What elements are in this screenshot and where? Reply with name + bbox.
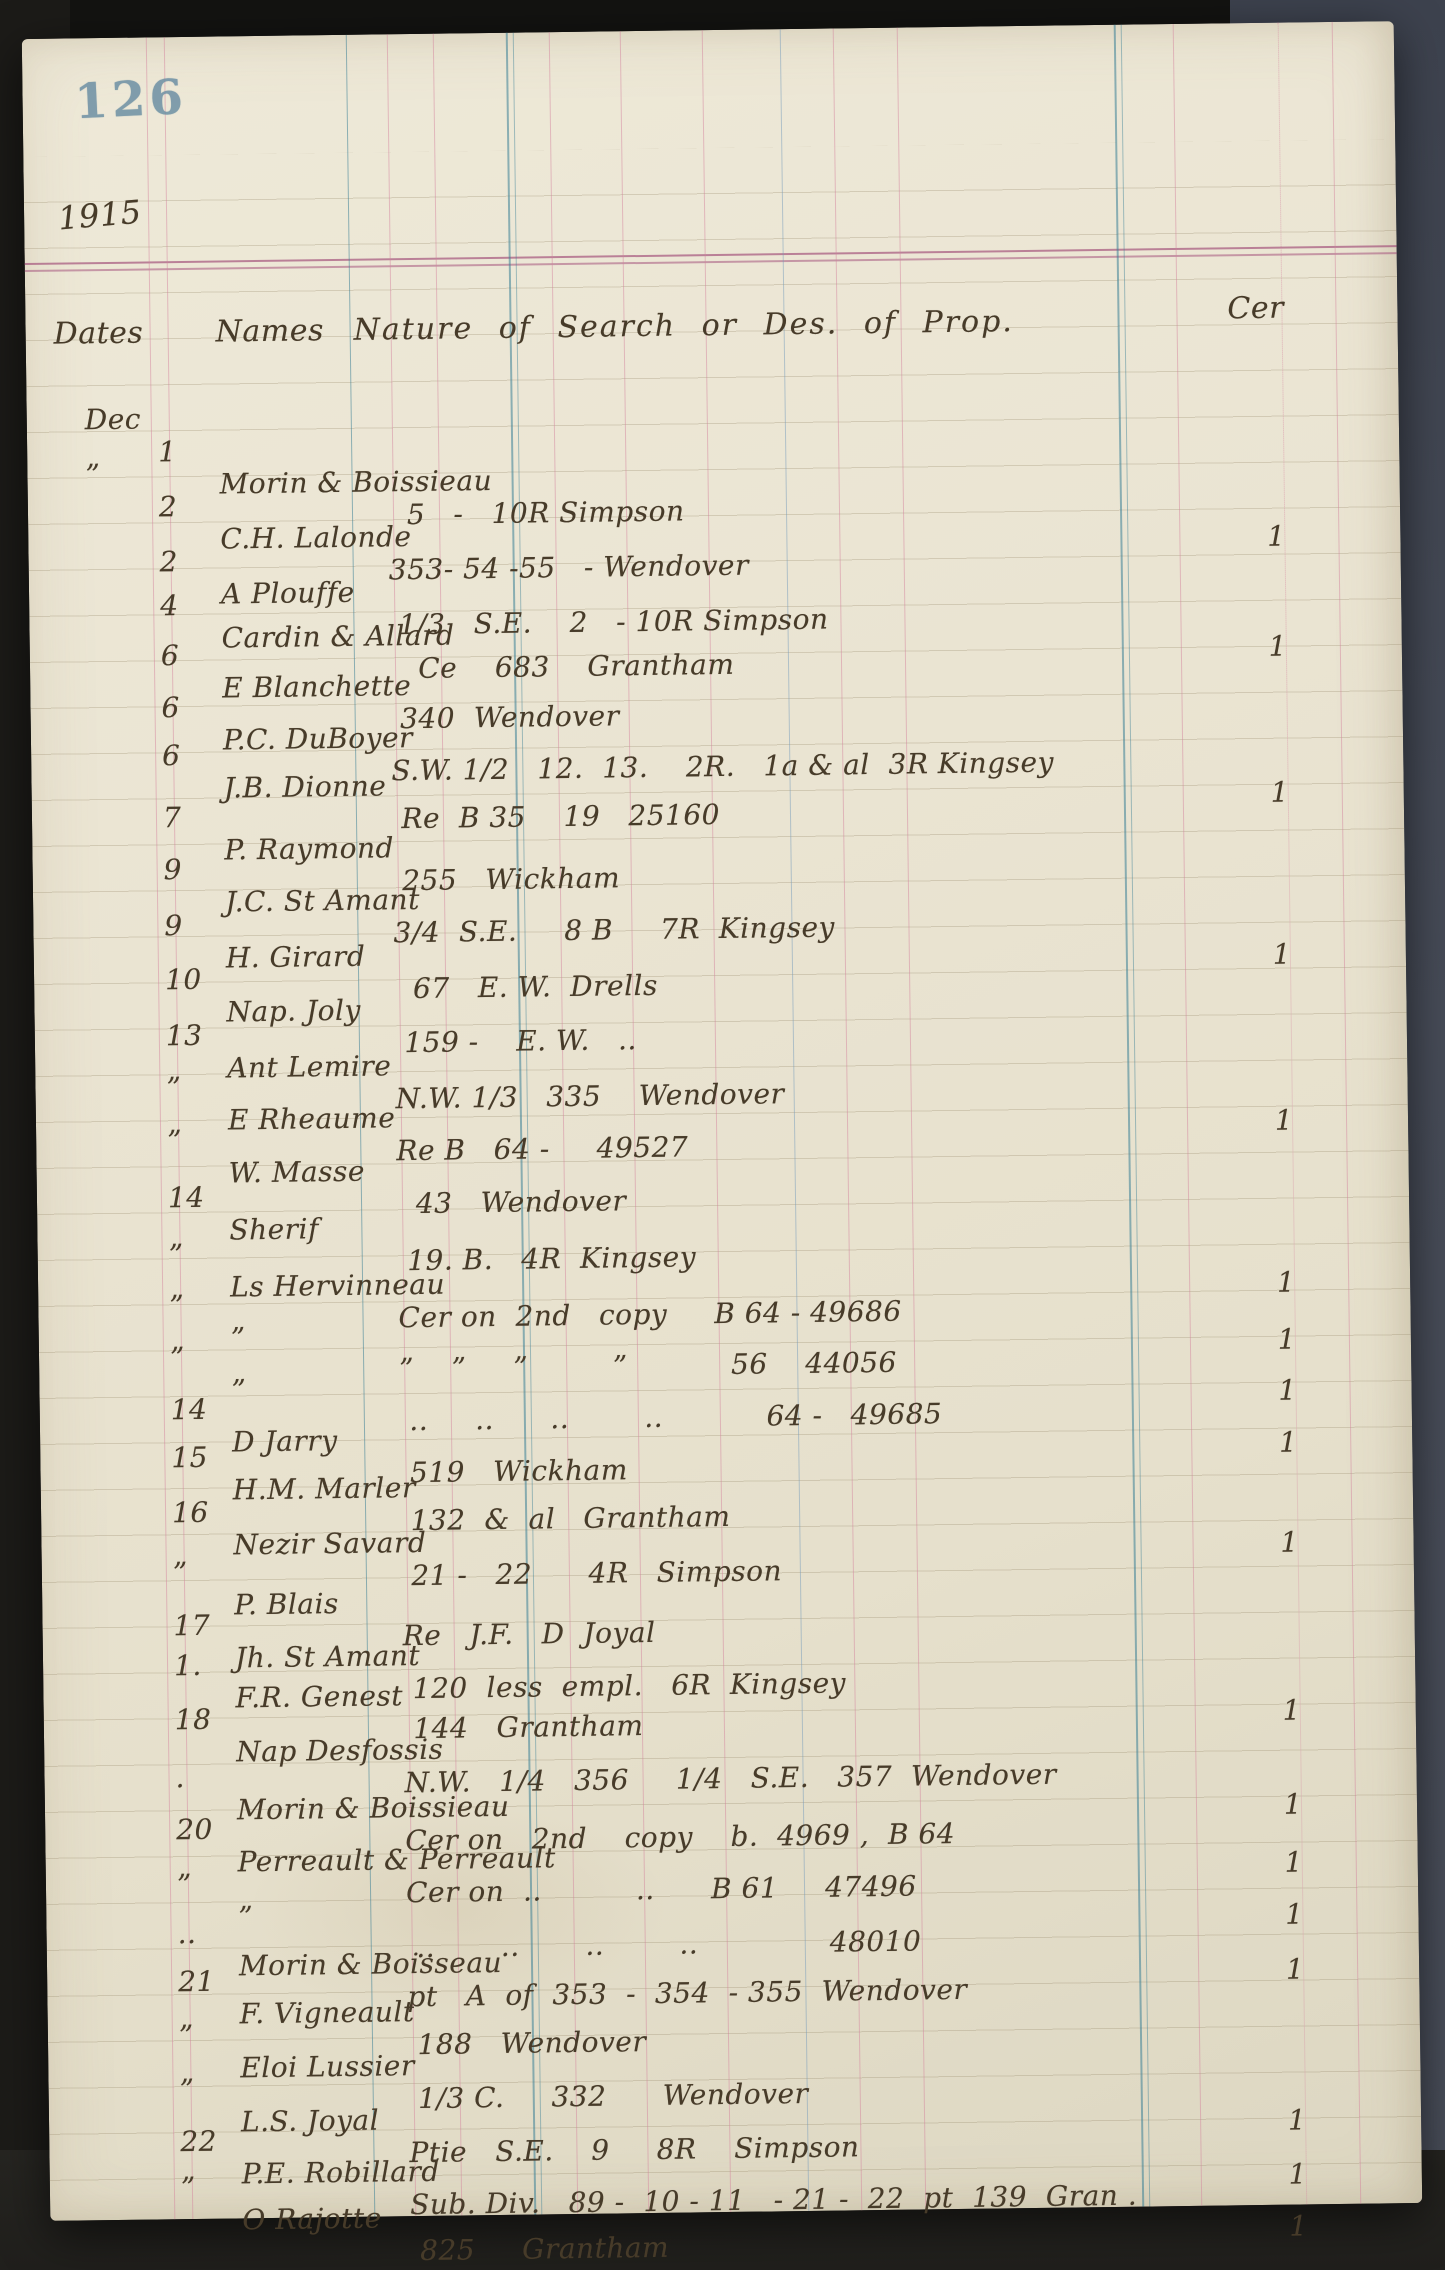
ledger-entry-row: 16 Nezir Savard 21 - 22 4R Simpson — [40, 1414, 1412, 1478]
entry-certificate: 1 — [1255, 2157, 1341, 2191]
ledger-page-sheet: 126 1915 Dates Names Nature of Search or… — [22, 21, 1422, 2221]
photo-of-ledger-page: { "page": { "stamp_number": "126", "year… — [0, 0, 1445, 2270]
column-header-dates: Dates — [53, 316, 143, 352]
year-label: 1915 — [57, 193, 143, 238]
ledger-entry-row: Dec 1 Morin & Boissieau 5 - 10R Simpson … — [26, 353, 1398, 417]
ledger-entry-row: ” 2 C.H. Lalonde 353- 54 -55 - Wendover — [27, 408, 1399, 472]
entry-certificate — [1242, 1155, 1328, 1156]
header-double-rule — [25, 245, 1397, 272]
entry-day: ” — [181, 2170, 239, 2204]
ledger-entry-row: ” Eloi Lussier 1/3 C. 332 Wendover 1 — [47, 1937, 1419, 2001]
column-header-cer: Cer — [1227, 291, 1284, 327]
column-header-nature: Nature of Search or Des. of Prop. — [353, 304, 1014, 348]
entry-name: P.E. Robillard — [242, 2155, 440, 2191]
entry-nature: 825 Grantham — [411, 2231, 670, 2267]
page-number-stamp: 126 — [73, 69, 188, 130]
ledger-entry-row: 18 Nap Desfossis N.W. 1/4 356 1/4 S.E. 3… — [43, 1621, 1415, 1685]
entry-certificate — [1237, 823, 1323, 824]
entry-name: O Rajotte — [242, 2202, 382, 2237]
entry-certificate: 1 — [1255, 2209, 1341, 2243]
column-header-names: Names — [215, 313, 324, 349]
